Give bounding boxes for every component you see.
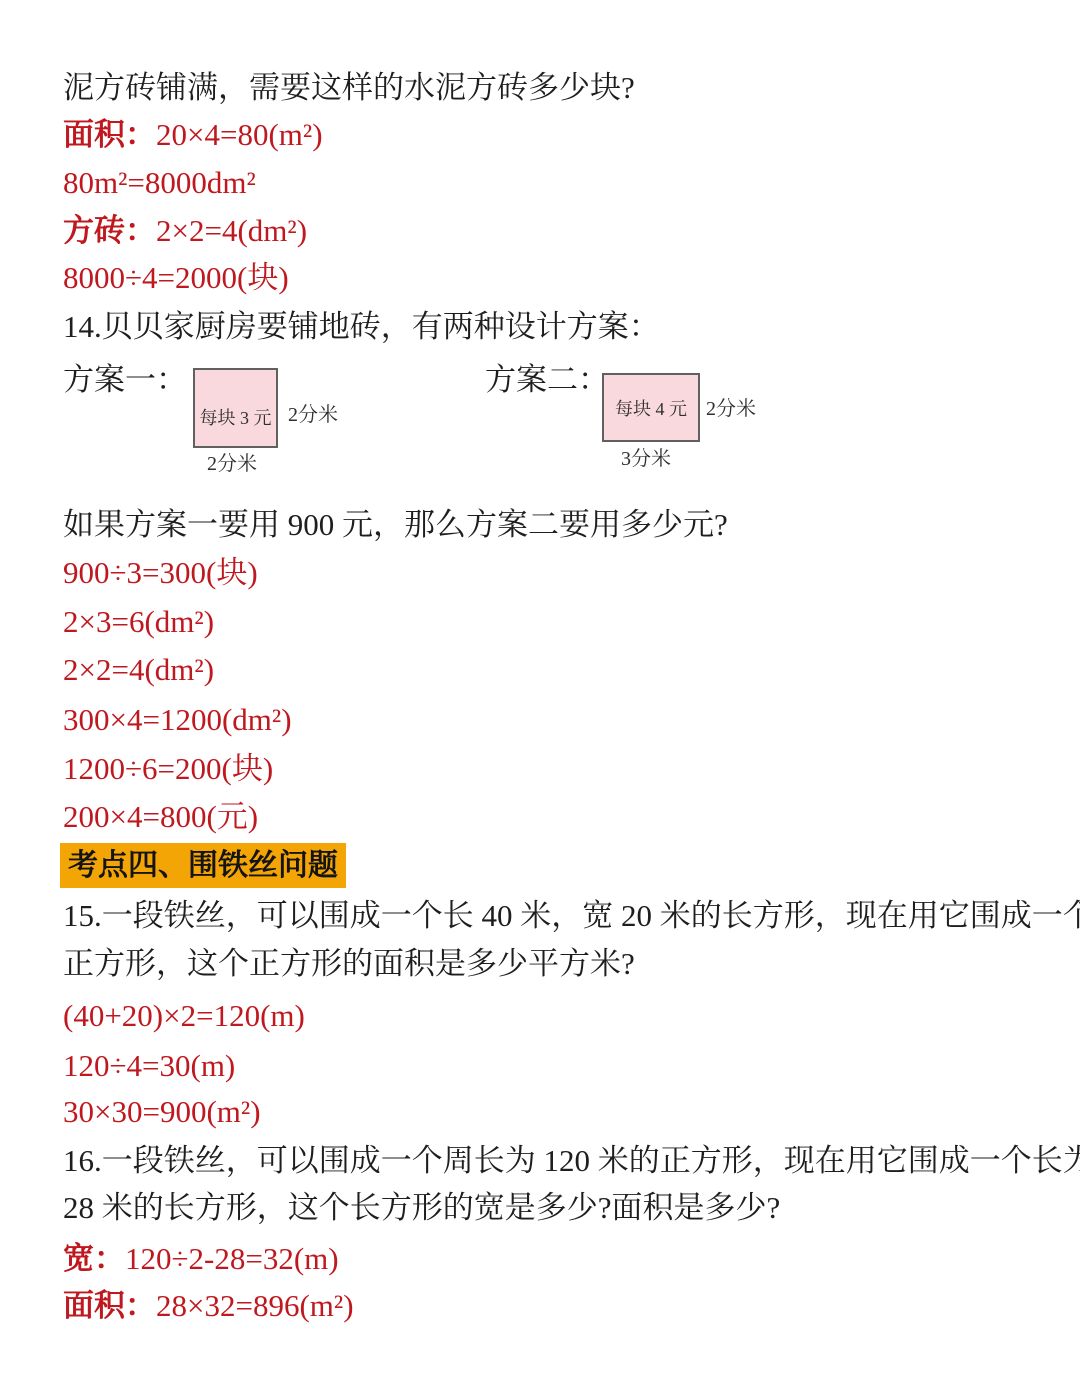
answer-line: 8000÷4=2000(块) [63,258,289,298]
answer-equation: 2×2=4(dm²) [156,213,307,248]
worksheet-page: 泥方砖铺满，需要这样的水泥方砖多少块? 面积：20×4=80(m²) 80m²=… [0,0,1080,1398]
question-16-text-line2: 28 米的长方形，这个长方形的宽是多少?面积是多少? [63,1188,780,1228]
answer-equation: 20×4=80(m²) [156,117,323,152]
answer-line: 面积：20×4=80(m²) [63,115,323,155]
plan1-tile-rectangle: 每块 3 元 [193,368,278,448]
answer-line: 900÷3=300(块) [63,553,258,593]
question-16-text-line1: 16.一段铁丝，可以围成一个周长为 120 米的正方形，现在用它围成一个长为 [63,1141,1080,1181]
plan1-bottom-dimension: 2分米 [207,451,257,477]
plan1-price-label: 每块 3 元 [200,404,272,430]
answer-line: 200×4=800(元) [63,797,258,837]
answer-label: 面积： [63,1288,156,1323]
answer-line: 宽：120÷2-28=32(m) [63,1239,339,1279]
question-text-line: 泥方砖铺满，需要这样的水泥方砖多少块? [63,68,635,108]
answer-equation: 28×32=896(m²) [156,1288,354,1323]
answer-line: 120÷4=30(m) [63,1046,235,1086]
answer-line: 300×4=1200(dm²) [63,700,292,740]
answer-equation: 120÷2-28=32(m) [125,1241,339,1276]
answer-line: 1200÷6=200(块) [63,749,273,789]
answer-label: 宽： [63,1241,125,1276]
question-15-text-line1: 15.一段铁丝，可以围成一个长 40 米，宽 20 米的长方形，现在用它围成一个 [63,896,1080,936]
answer-line: 面积：28×32=896(m²) [63,1286,354,1326]
answer-line: 30×30=900(m²) [63,1092,261,1132]
plan2-label: 方案二： [485,360,609,400]
question-14b-text: 如果方案一要用 900 元，那么方案二要用多少元? [63,505,728,545]
answer-line: 2×3=6(dm²) [63,602,214,642]
plan2-side-dimension: 2分米 [706,396,756,422]
answer-line: 80m²=8000dm² [63,163,256,203]
plan2-tile-rectangle: 每块 4 元 [602,373,700,442]
section-heading-highlight: 考点四、围铁丝问题 [60,843,346,888]
plan1-label: 方案一： [63,360,187,400]
plan2-price-label: 每块 4 元 [615,395,687,421]
answer-line: (40+20)×2=120(m) [63,996,305,1036]
plan2-bottom-dimension: 3分米 [621,446,671,472]
answer-label: 方砖： [63,213,156,248]
question-14-text: 14.贝贝家厨房要铺地砖，有两种设计方案： [63,307,660,347]
answer-line: 方砖：2×2=4(dm²) [63,211,307,251]
question-15-text-line2: 正方形，这个正方形的面积是多少平方米? [63,944,635,984]
answer-label: 面积： [63,117,156,152]
plan1-side-dimension: 2分米 [288,402,338,428]
answer-line: 2×2=4(dm²) [63,650,214,690]
